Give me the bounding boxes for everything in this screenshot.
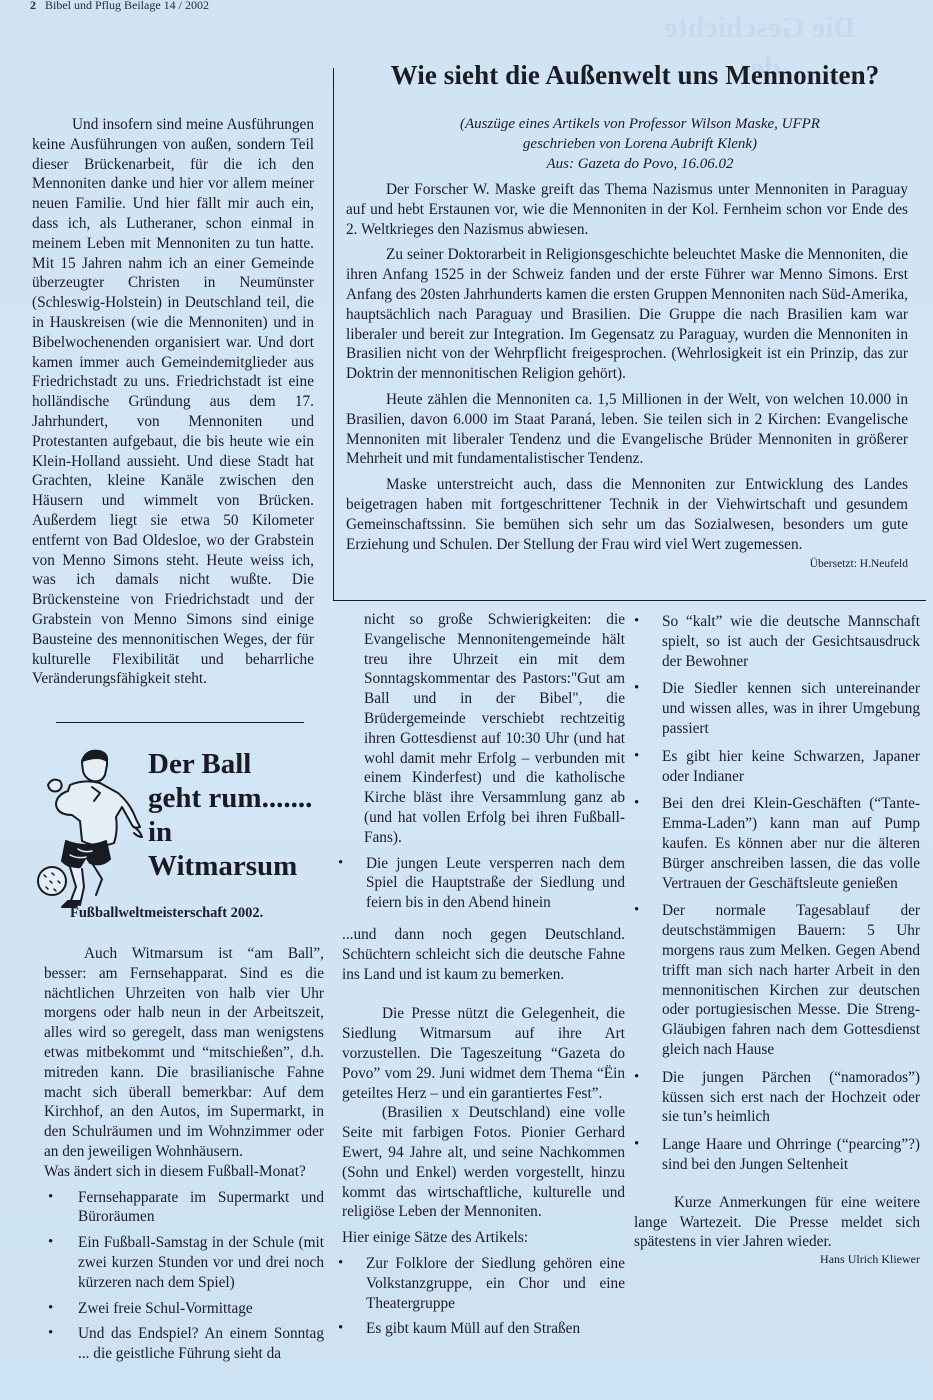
endspiel-continuation: nicht so große Schwierigkeiten: die Evan… (342, 610, 625, 848)
source-line: geschrieben von Lorena Aubrift Klenk) (380, 134, 900, 154)
ball-article-title: Der Ball geht rum....... in Witmarsum (148, 747, 312, 883)
title-line: Der Ball (148, 747, 312, 781)
germany-paragraph: ...und dann noch gegen Deutschland. Schü… (342, 925, 625, 984)
author-signature: Hans Ulrich Kliewer (634, 1252, 920, 1267)
young-people-list: Die jungen Leute versperren nach dem Spi… (342, 854, 625, 913)
title-line: geht rum....... (148, 781, 312, 815)
list-item: Die jungen Pärchen (“namorados”) küssen … (634, 1068, 920, 1127)
sentences-intro: Hier einige Sätze des Artikels: (342, 1228, 625, 1248)
box-paragraph: Zu seiner Doktorarbeit in Religionsgesch… (346, 245, 908, 384)
list-item: Zwei freie Schul-Vormittage (44, 1299, 324, 1319)
list-item: Es gibt kaum Müll auf den Straßen (342, 1319, 625, 1339)
running-head: 2 Bibel und Pflug Beilage 14 / 2002 (30, 0, 209, 13)
list-item: Fernsehapparate im Supermarkt und Bürorä… (44, 1188, 324, 1228)
section-divider (56, 722, 304, 723)
list-item: Und das Endspiel? An einem Sonntag ... d… (44, 1324, 324, 1364)
list-item: Zur Folklore der Siedlung gehören eine V… (342, 1254, 625, 1313)
ball-intro-paragraph: Auch Witmarsum ist “am Ball”, besser: am… (44, 944, 324, 1162)
list-item: Die Siedler kennen sich untereinander un… (634, 679, 920, 738)
list-item: Die jungen Leute versperren nach dem Spi… (342, 854, 625, 913)
list-item: Es gibt hier keine Schwarzen, Japaner od… (634, 747, 920, 787)
box-article-body: Der Forscher W. Maske greift das Thema N… (346, 180, 908, 560)
article-sentences-list-right: So “kalt” wie die deutsche Mannschaft sp… (634, 612, 920, 1175)
changes-list: Fernsehapparate im Supermarkt und Bürorä… (44, 1188, 324, 1364)
brasil-paragraph: (Brasilien x Deutschland) eine volle Sei… (342, 1103, 625, 1222)
page-number: 2 (30, 0, 36, 12)
soccer-player-illustration-icon (30, 745, 145, 910)
source-line: (Auszüge eines Artikels von Professor Wi… (380, 114, 900, 134)
ball-article-body-middle: nicht so große Schwierigkeiten: die Evan… (342, 610, 625, 1339)
box-article-title: Wie sieht die Außenwelt uns Mennoniten? (355, 60, 915, 91)
article-sentences-list-mid: Zur Folklore der Siedlung gehören eine V… (342, 1254, 625, 1339)
list-item: Bei den drei Klein-Geschäften (“Tante-Em… (634, 794, 920, 893)
ball-article-subtitle: Fußballweltmeisterschaft 2002. (70, 905, 263, 922)
box-article-source: (Auszüge eines Artikels von Professor Wi… (380, 114, 900, 174)
list-item: So “kalt” wie die deutsche Mannschaft sp… (634, 612, 920, 671)
ball-article-body-left: Auch Witmarsum ist “am Ball”, besser: am… (44, 944, 324, 1364)
ball-article-header: Der Ball geht rum....... in Witmarsum (20, 745, 320, 915)
press-paragraph: Die Presse nützt die Gelegenheit, die Si… (342, 1004, 625, 1103)
list-item: Ein Fußball-Samstag in der Schule (mit z… (44, 1233, 324, 1292)
box-paragraph: Maske unterstreicht auch, dass die Menno… (346, 475, 908, 554)
list-item: Der normale Tagesablauf der deutschstämm… (634, 901, 920, 1059)
publication-name: Bibel und Pflug Beilage 14 / 2002 (45, 0, 209, 12)
ball-article-body-right: So “kalt” wie die deutsche Mannschaft sp… (634, 604, 920, 1267)
title-line: in (148, 815, 312, 849)
left-article: Und insofern sind meine Ausführungen kei… (32, 115, 314, 689)
title-line: Witmarsum (148, 849, 312, 883)
newspaper-page: Die Geschichte des 2 Bibel und Pflug Bei… (0, 0, 933, 1400)
source-line: Aus: Gazeta do Povo, 16.06.02 (380, 154, 900, 174)
translator-credit: Übersetzt: H.Neufeld (700, 558, 908, 570)
closing-paragraph: Kurze Anmerkungen für eine weitere lange… (634, 1193, 920, 1252)
box-paragraph: Der Forscher W. Maske greift das Thema N… (346, 180, 908, 239)
left-article-paragraph: Und insofern sind meine Ausführungen kei… (32, 115, 314, 689)
list-item: Lange Haare und Ohrringe (“pearcing”?) s… (634, 1135, 920, 1175)
ball-question: Was ändert sich in diesem Fußball-Monat? (44, 1162, 324, 1182)
box-paragraph: Heute zählen die Mennoniten ca. 1,5 Mill… (346, 390, 908, 469)
